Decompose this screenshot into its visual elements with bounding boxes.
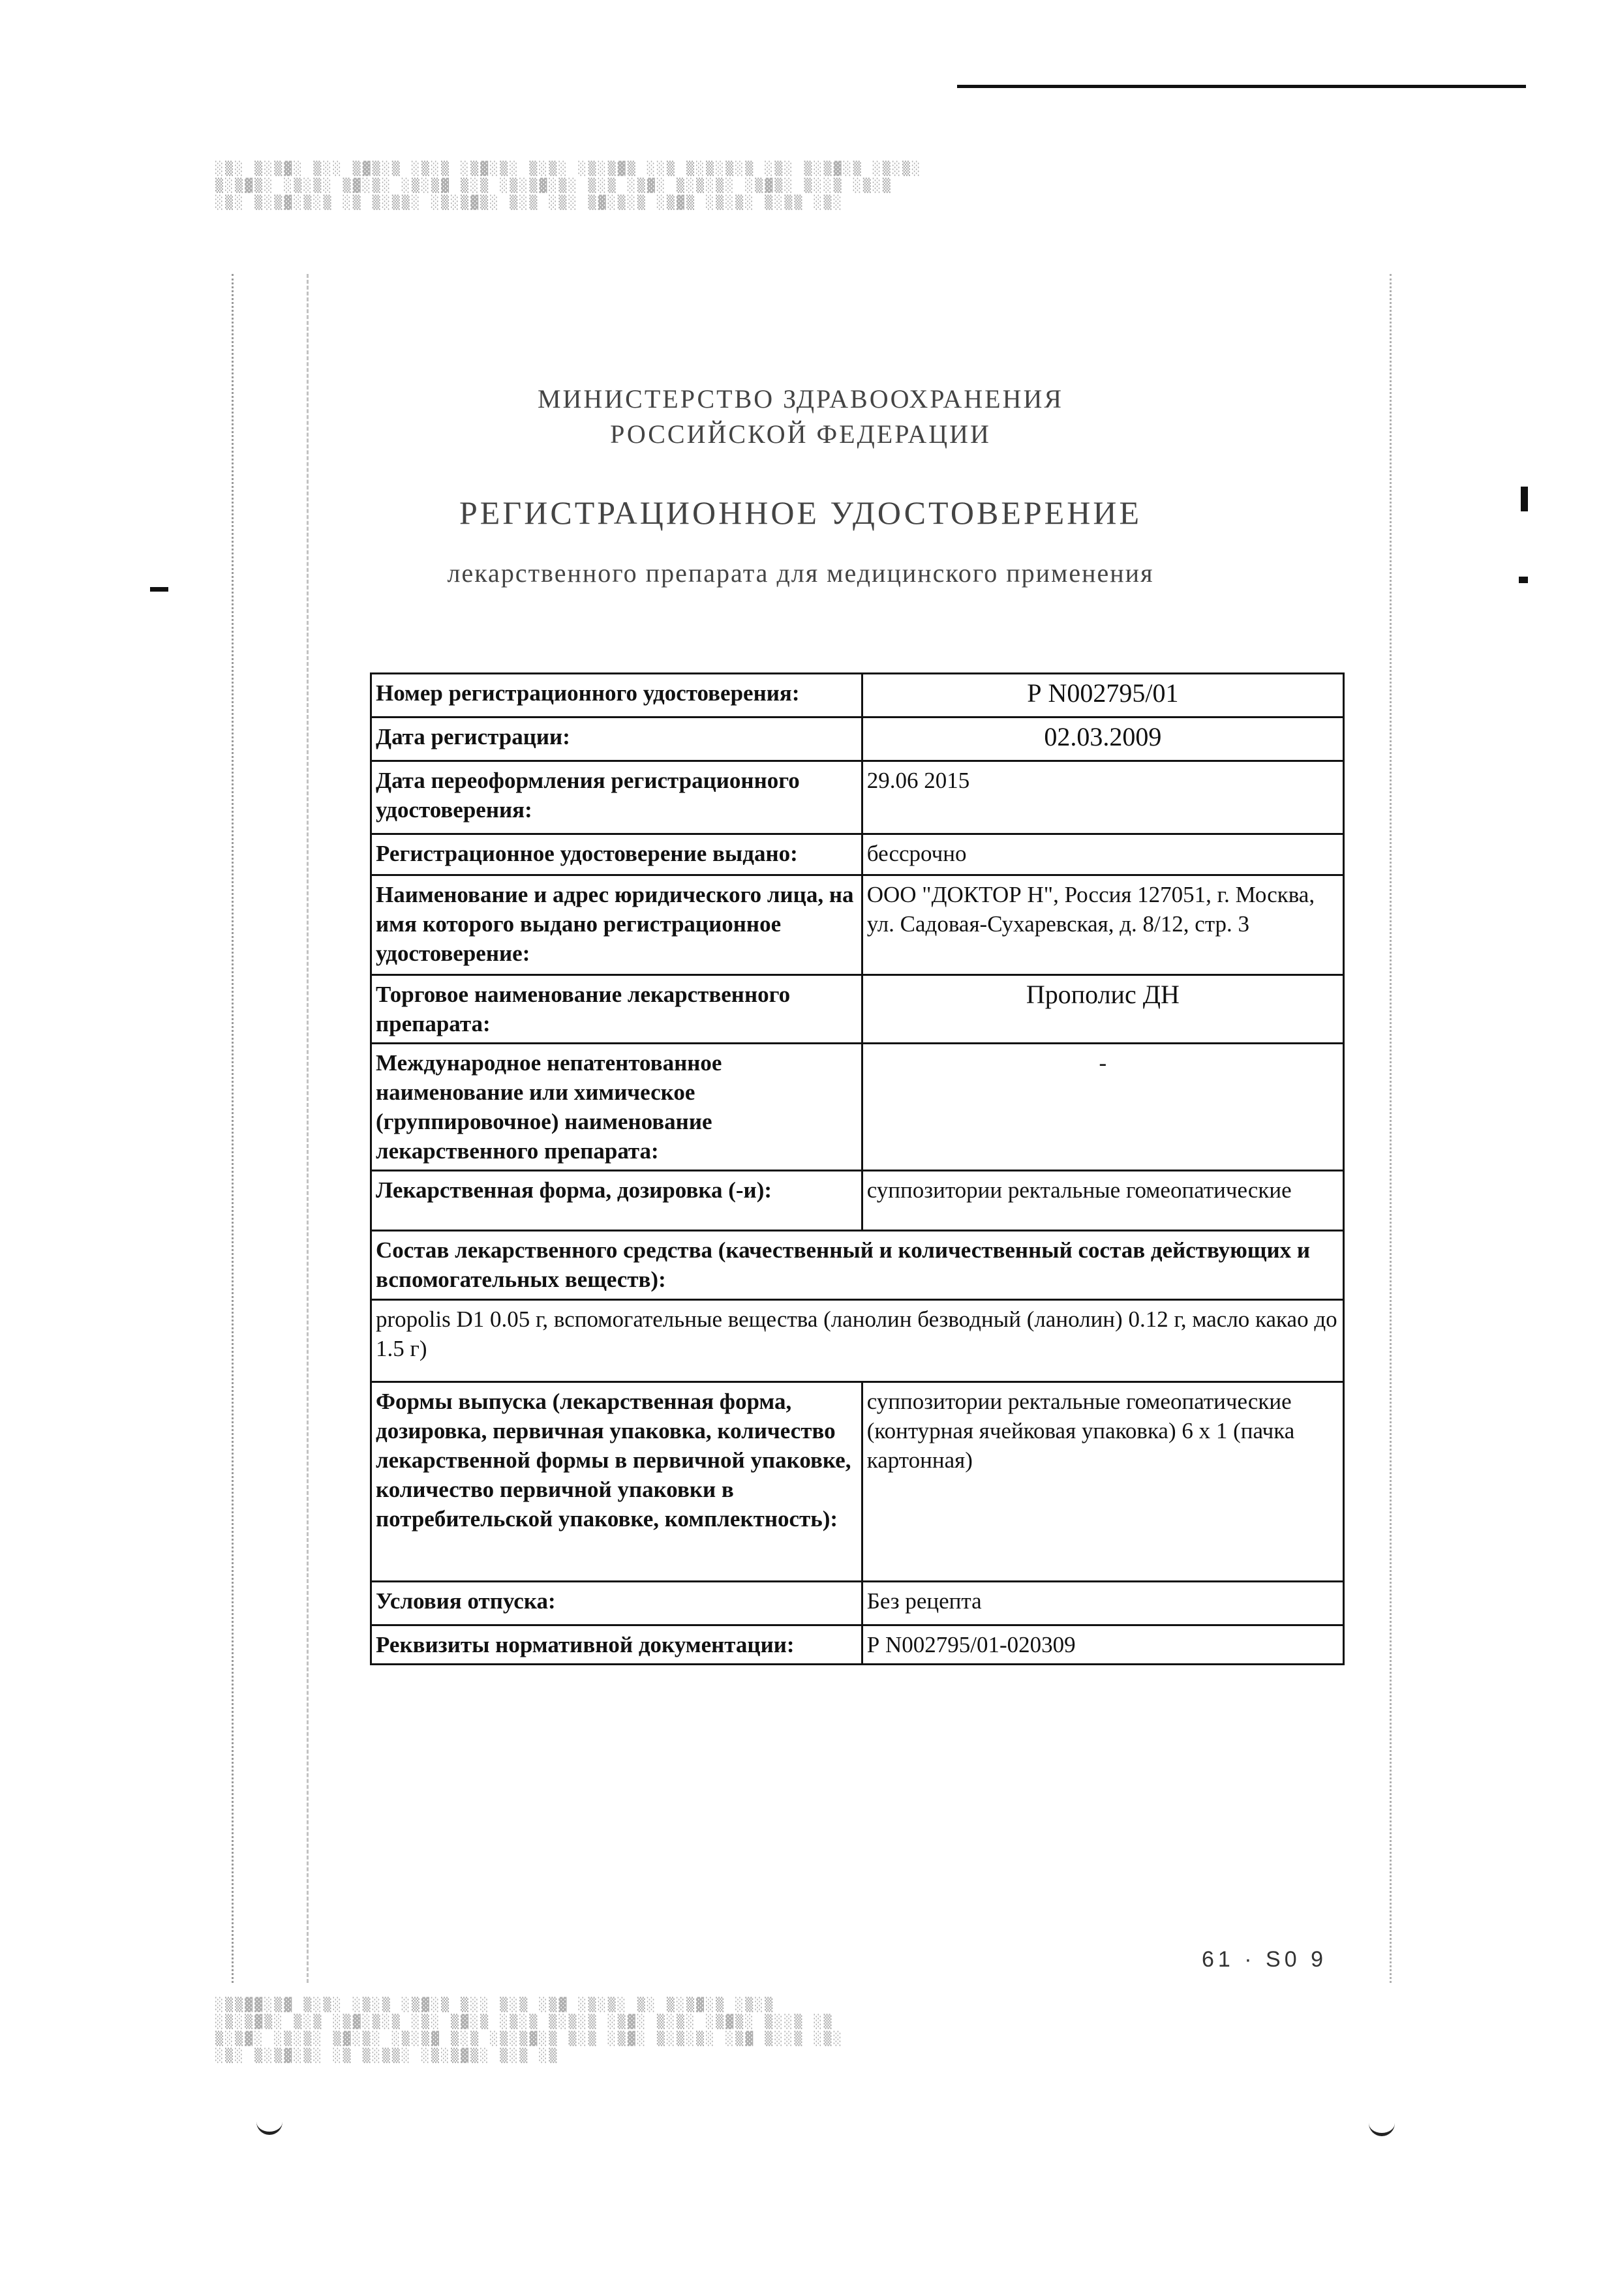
table-row: Реквизиты нормативной документации: Р N0… <box>371 1625 1344 1665</box>
validity: бессрочно <box>862 834 1343 875</box>
row-label: Дата переоформления регистрационного удо… <box>371 761 862 834</box>
table-row: Дата регистрации: 02.03.2009 <box>371 717 1344 761</box>
document-subtitle: лекарственного препарата для медицинског… <box>0 558 1601 588</box>
ministry-line-2: РОССИЙСКОЙ ФЕДЕРАЦИИ <box>0 417 1601 452</box>
row-label: Международное непатентованное наименован… <box>371 1044 862 1171</box>
table-row: propolis D1 0.05 г, вспомогательные веще… <box>371 1300 1344 1382</box>
table-row: Условия отпуска: Без рецепта <box>371 1582 1344 1625</box>
row-label: Наименование и адрес юридического лица, … <box>371 875 862 975</box>
table-row: Дата переоформления регистрационного удо… <box>371 761 1344 834</box>
table-row: Международное непатентованное наименован… <box>371 1044 1344 1171</box>
top-rule <box>957 85 1526 88</box>
holder-name-address: ООО "ДОКТОР Н", Россия 127051, г. Москва… <box>862 875 1343 975</box>
table-row: Номер регистрационного удостоверения: Р … <box>371 674 1344 717</box>
registration-number: Р N002795/01 <box>862 674 1343 717</box>
ministry-line-1: МИНИСТЕРСТВО ЗДРАВООХРАНЕНИЯ <box>0 382 1601 417</box>
table-row: Состав лекарственного средства (качестве… <box>371 1231 1344 1300</box>
table-row: Лекарственная форма, дозировка (-и): суп… <box>371 1171 1344 1231</box>
table-row: Формы выпуска (лекарственная форма, дози… <box>371 1382 1344 1582</box>
table-row: Регистрационное удостоверение выдано: бе… <box>371 834 1344 875</box>
row-label: Дата регистрации: <box>371 717 862 761</box>
release-forms: суппозитории ректальные гомеопатические … <box>862 1382 1343 1582</box>
inn-name: - <box>862 1044 1343 1171</box>
registration-date: 02.03.2009 <box>862 717 1343 761</box>
row-label: Торговое наименование лекарственного пре… <box>371 975 862 1044</box>
trade-name: Прополис ДН <box>862 975 1343 1044</box>
dispensing-conditions: Без рецепта <box>862 1582 1343 1625</box>
composition-value: propolis D1 0.05 г, вспомогательные веще… <box>371 1300 1344 1382</box>
normative-doc-ref: Р N002795/01-020309 <box>862 1625 1343 1665</box>
row-label: Лекарственная форма, дозировка (-и): <box>371 1171 862 1231</box>
table-row: Наименование и адрес юридического лица, … <box>371 875 1344 975</box>
scan-noise-top: ░▒░ ▒░▒▓░ ▒░░ ▒▓▒░▒ ░▒░▒ ░▒▓░▒░ ▒░▒░ ░▒░… <box>215 160 1474 238</box>
registration-table: Номер регистрационного удостоверения: Р … <box>370 672 1345 1665</box>
row-label: Номер регистрационного удостоверения: <box>371 674 862 717</box>
corner-mark-bottom-right <box>1369 2121 1395 2136</box>
composition-label: Состав лекарственного средства (качестве… <box>371 1231 1344 1300</box>
row-label: Реквизиты нормативной документации: <box>371 1625 862 1665</box>
row-label: Регистрационное удостоверение выдано: <box>371 834 862 875</box>
ministry-header: МИНИСТЕРСТВО ЗДРАВООХРАНЕНИЯ РОССИЙСКОЙ … <box>0 382 1601 452</box>
document-title: РЕГИСТРАЦИОННОЕ УДОСТОВЕРЕНИЕ <box>0 494 1601 532</box>
page-number: 61 · S0 9 <box>1202 1947 1327 1972</box>
row-label: Условия отпуска: <box>371 1582 862 1625</box>
dosage-form: суппозитории ректальные гомеопатические <box>862 1171 1343 1231</box>
reissue-date: 29.06 2015 <box>862 761 1343 834</box>
scan-noise-bottom: ░▒▒▓▓░▒▓ ▒░▒░ ░▒░▒ ░▒▓░▒ ▒░░ ▒░▒ ░▒▓ ░▒░… <box>215 1996 1474 2087</box>
corner-mark-bottom-left <box>256 2120 282 2135</box>
table-row: Торговое наименование лекарственного пре… <box>371 975 1344 1044</box>
row-label: Формы выпуска (лекарственная форма, дози… <box>371 1382 862 1582</box>
